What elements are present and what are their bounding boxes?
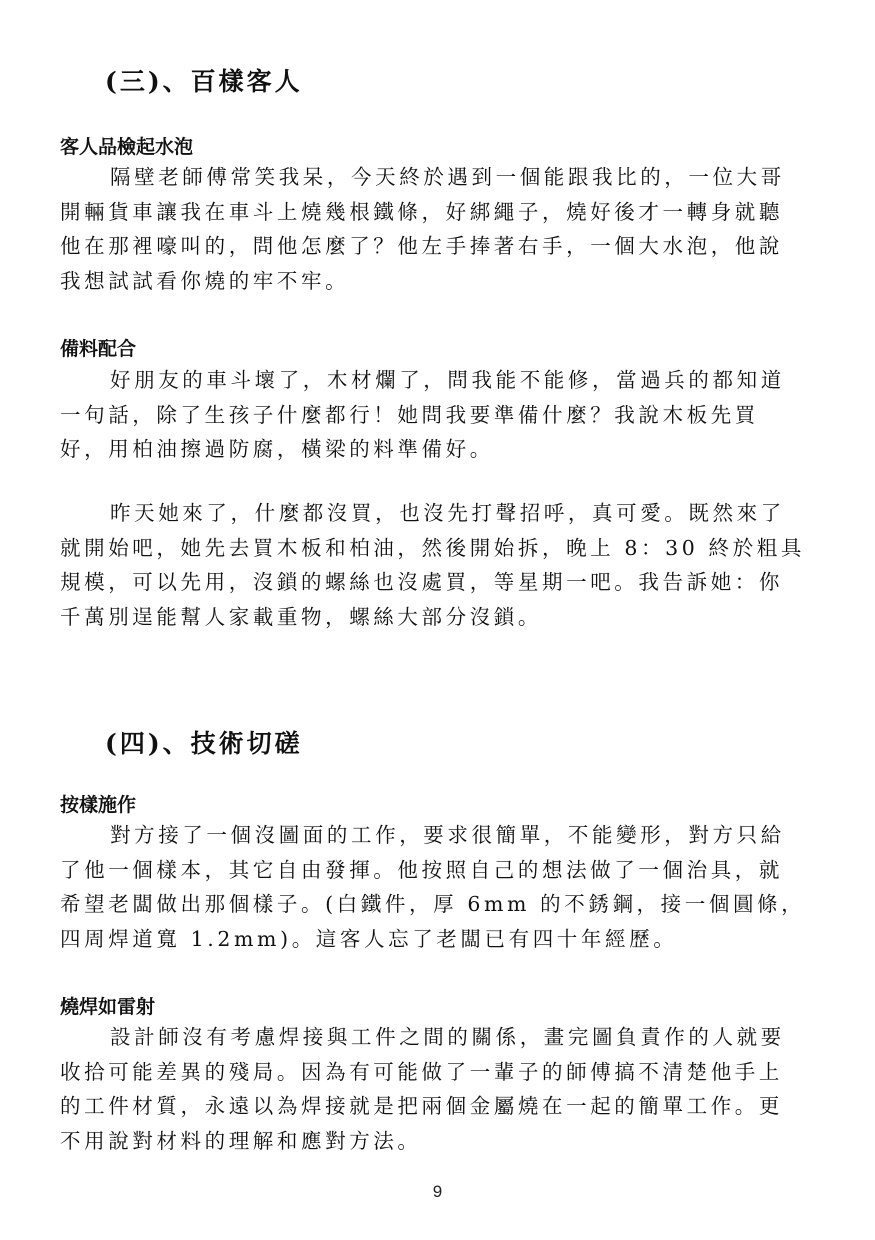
- text-line: 我想試試看你燒的牢不牢。: [60, 264, 820, 299]
- page-number: 9: [0, 1182, 875, 1202]
- text-line: 千萬別逞能幫人家載重物，螺絲大部分沒鎖。: [60, 600, 820, 635]
- section-title: (三)、百樣客人: [105, 62, 303, 98]
- text-line: 的工件材質，永遠以為焊接就是把兩個金屬燒在一起的簡單工作。更: [60, 1089, 820, 1124]
- text-line: 規模，可以先用，沒鎖的螺絲也沒處買，等星期一吧。我告訴她：你: [60, 565, 820, 600]
- text-line: 昨天她來了，什麼都沒買，也沒先打聲招呼，真可愛。既然來了: [60, 496, 820, 531]
- text-line: 設計師沒有考慮焊接與工件之間的關係，畫完圖負責作的人就要: [60, 1020, 820, 1055]
- text-line: 收拾可能差異的殘局。因為有可能做了一輩子的師傅搞不清楚他手上: [60, 1055, 820, 1090]
- text-line: 希望老闆做出那個樣子。(白鐵件，厚 6mm 的不銹鋼，接一個圓條，: [60, 887, 820, 922]
- text-line: 他在那裡嚎叫的，問他怎麼了？他左手捧著右手，一個大水泡，他說: [60, 229, 820, 264]
- text-line: 隔壁老師傅常笑我呆，今天終於遇到一個能跟我比的，一位大哥: [60, 160, 820, 195]
- text-line: 開輛貨車讓我在車斗上燒幾根鐵條，好綁繩子，燒好後才一轉身就聽: [60, 195, 820, 230]
- text-line: 好朋友的車斗壞了，木材爛了，問我能不能修，當過兵的都知道: [60, 363, 820, 398]
- paragraph: 設計師沒有考慮焊接與工件之間的關係，畫完圖負責作的人就要 收拾可能差異的殘局。因…: [60, 1020, 820, 1158]
- text-line: 對方接了一個沒圖面的工作，要求很簡單，不能變形，對方只給: [60, 818, 820, 853]
- subsection-heading: 燒焊如雷射: [60, 992, 155, 1019]
- text-line: 好，用柏油擦過防腐，橫梁的料準備好。: [60, 432, 820, 467]
- text-line: 不用說對材料的理解和應對方法。: [60, 1124, 820, 1159]
- subsection-heading: 備料配合: [60, 334, 136, 361]
- text-line: 一句話，除了生孩子什麼都行！她問我要準備什麼？我說木板先買: [60, 398, 820, 433]
- paragraph: 昨天她來了，什麼都沒買，也沒先打聲招呼，真可愛。既然來了 就開始吧，她先去買木板…: [60, 496, 820, 634]
- text-line: 四周焊道寬 1.2mm)。這客人忘了老闆已有四十年經歷。: [60, 922, 820, 957]
- section-title: (四)、技術切磋: [105, 724, 303, 760]
- paragraph: 好朋友的車斗壞了，木材爛了，問我能不能修，當過兵的都知道 一句話，除了生孩子什麼…: [60, 363, 820, 467]
- document-page: (三)、百樣客人 客人品檢起水泡 隔壁老師傅常笑我呆，今天終於遇到一個能跟我比的…: [0, 0, 875, 1240]
- paragraph: 隔壁老師傅常笑我呆，今天終於遇到一個能跟我比的，一位大哥 開輛貨車讓我在車斗上燒…: [60, 160, 820, 298]
- subsection-heading: 按樣施作: [60, 790, 136, 817]
- text-line: 了他一個樣本，其它自由發揮。他按照自己的想法做了一個治具，就: [60, 853, 820, 888]
- text-line: 就開始吧，她先去買木板和柏油，然後開始拆，晚上 8：30 終於粗具: [60, 531, 820, 566]
- paragraph: 對方接了一個沒圖面的工作，要求很簡單，不能變形，對方只給 了他一個樣本，其它自由…: [60, 818, 820, 956]
- subsection-heading: 客人品檢起水泡: [60, 132, 193, 159]
